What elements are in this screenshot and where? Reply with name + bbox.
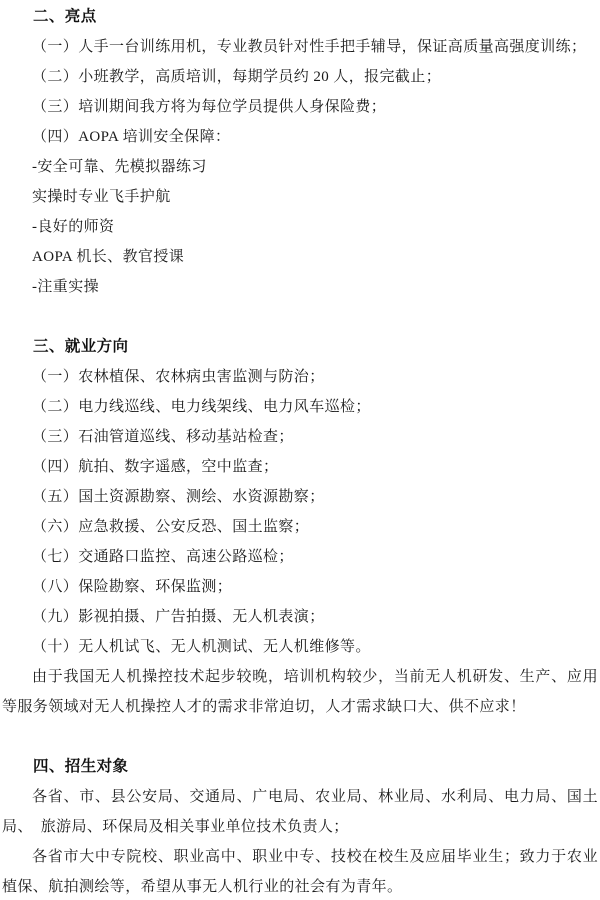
section-employment-heading: 三、就业方向: [2, 332, 598, 362]
employment-item: （二）电力线巡线、电力线架线、电力风车巡检；: [2, 392, 598, 422]
section-enrollment: 四、招生对象 各省、市、县公安局、交通局、广电局、农业局、林业局、水利局、电力局…: [2, 752, 598, 900]
section-enrollment-heading: 四、招生对象: [2, 752, 598, 782]
enrollment-paragraph: 各省、市、县公安局、交通局、广电局、农业局、林业局、水利局、电力局、国土局、 旅…: [2, 782, 598, 842]
highlight-subitem: -安全可靠、先模拟器练习: [2, 152, 598, 182]
employment-item: （八）保险勘察、环保监测；: [2, 572, 598, 602]
employment-item: （四）航拍、数字遥感，空中监查；: [2, 452, 598, 482]
employment-item: （一）农林植保、农林病虫害监测与防治；: [2, 362, 598, 392]
employment-item: （六）应急救援、公安反恐、国土监察；: [2, 512, 598, 542]
employment-item: （十）无人机试飞、无人机测试、无人机维修等。: [2, 632, 598, 662]
section-highlights-heading: 二、亮点: [2, 2, 598, 32]
employment-summary-paragraph: 由于我国无人机操控技术起步较晚，培训机构较少，当前无人机研发、生产、应用等服务领…: [2, 662, 598, 722]
highlight-item: （四）AOPA 培训安全保障：: [2, 122, 598, 152]
section-highlights: 二、亮点 （一）人手一台训练用机，专业教员针对性手把手辅导，保证高质量高强度训练…: [2, 2, 598, 302]
highlight-item: （三）培训期间我方将为每位学员提供人身保险费；: [2, 92, 598, 122]
highlight-subitem: -注重实操: [2, 272, 598, 302]
employment-item: （三）石油管道巡线、移动基站检查；: [2, 422, 598, 452]
enrollment-paragraph: 各省市大中专院校、职业高中、职业中专、技校在校生及应届毕业生；致力于农业植保、航…: [2, 842, 598, 900]
highlight-subitem: -良好的师资: [2, 212, 598, 242]
highlight-subitem: 实操时专业飞手护航: [2, 182, 598, 212]
document-page: 二、亮点 （一）人手一台训练用机，专业教员针对性手把手辅导，保证高质量高强度训练…: [0, 0, 600, 900]
employment-item: （七）交通路口监控、高速公路巡检；: [2, 542, 598, 572]
highlight-item: （二）小班教学，高质培训，每期学员约 20 人，报完截止；: [2, 62, 598, 92]
section-employment: 三、就业方向 （一）农林植保、农林病虫害监测与防治； （二）电力线巡线、电力线架…: [2, 332, 598, 722]
employment-item: （九）影视拍摄、广告拍摄、无人机表演；: [2, 602, 598, 632]
highlight-subitem: AOPA 机长、教官授课: [2, 242, 598, 272]
employment-item: （五）国土资源勘察、测绘、水资源勘察；: [2, 482, 598, 512]
highlight-item: （一）人手一台训练用机，专业教员针对性手把手辅导，保证高质量高强度训练；: [2, 32, 598, 62]
